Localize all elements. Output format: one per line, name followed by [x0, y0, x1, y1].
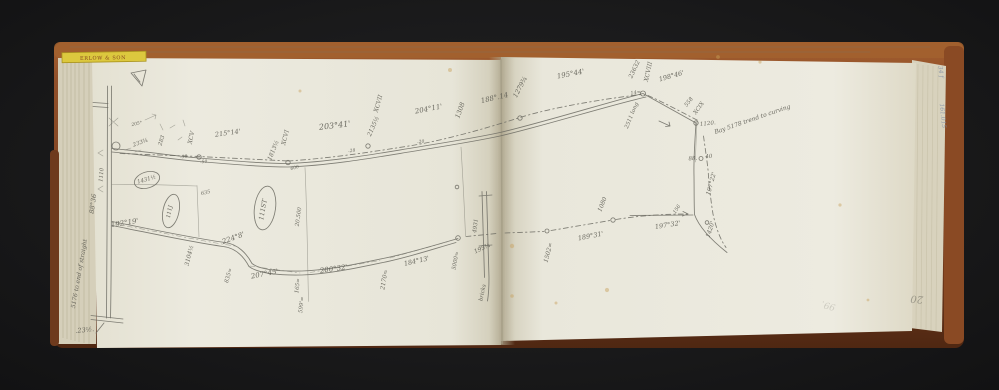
- pencil-annotation: 88.: [688, 156, 697, 163]
- pencil-annotation: 40: [704, 154, 713, 161]
- pencil-annotation: -20: [417, 139, 425, 146]
- cover-left-sliver: [50, 150, 59, 346]
- book-cover-right-edge: [944, 46, 964, 344]
- pencil-annotation: -38: [180, 154, 188, 161]
- book-cover-top-edge: [54, 42, 964, 58]
- pencil-annotation: -50: [200, 159, 208, 166]
- publisher-label-text: ERLOW & SON: [80, 55, 126, 62]
- publisher-label: ERLOW & SON: [62, 51, 146, 62]
- right-page: [501, 57, 916, 341]
- photo-background: ERLOW & SON: [0, 0, 999, 390]
- sketchbook-photo: ERLOW & SON: [0, 0, 999, 390]
- left-page: [92, 58, 501, 348]
- pencil-annotation: 20: [909, 293, 924, 305]
- pencil-annotation: -28: [348, 148, 356, 155]
- pencil-annotation: 1110: [98, 167, 105, 182]
